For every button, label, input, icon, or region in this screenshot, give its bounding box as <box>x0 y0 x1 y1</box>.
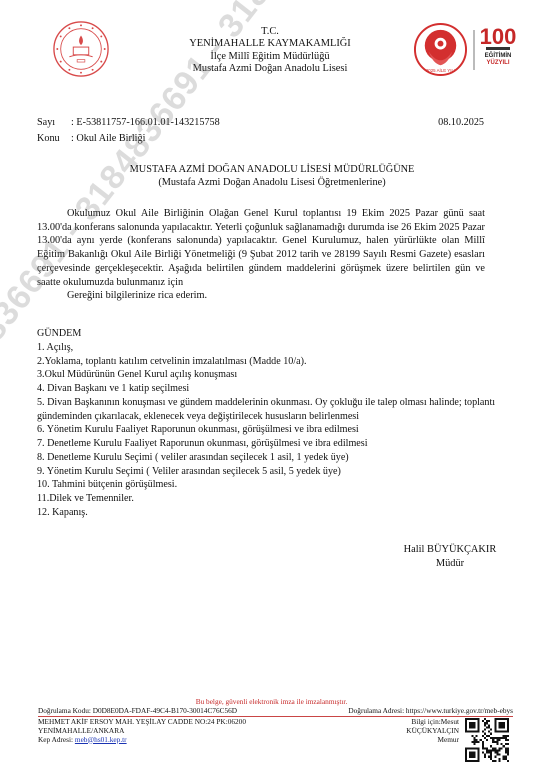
document-date: 08.10.2025 <box>438 117 484 128</box>
aile-yili-caption: 2025 AİLE YILI <box>426 67 455 73</box>
logo-100-number: 100 <box>480 24 517 49</box>
agenda: GÜNDEM 1. Açılış,2.Yoklama, toplantı kat… <box>37 327 497 520</box>
addressee: MUSTAFA AZMİ DOĞAN ANADOLU LİSESİ MÜDÜRL… <box>60 164 484 189</box>
agenda-item: 8. Denetleme Kurulu Seçimi ( veliler ara… <box>37 451 497 465</box>
agenda-item: 11.Dilek ve Temenniler. <box>37 492 497 506</box>
agenda-item: 10. Tahmini bütçenin görüşülmesi. <box>37 478 497 492</box>
agenda-item: 7. Denetleme Kurulu Faaliyet Raporunun o… <box>37 437 497 451</box>
agenda-title: GÜNDEM <box>37 327 497 341</box>
logo-100-yuzyili: YÜZYILI <box>486 59 509 66</box>
sayi-row: Sayı: E-53811757-166.01.01-143215758 <box>37 117 220 128</box>
header-school: Mustafa Azmi Doğan Anadolu Lisesi <box>120 63 420 75</box>
sayi-value: : E-53811757-166.01.01-143215758 <box>71 117 220 128</box>
sayi-label: Sayı <box>37 117 71 128</box>
verification-code: Doğrulama Kodu: D0D8E0DA-FDAF-49C4-B170-… <box>38 706 237 715</box>
address-block: MEHMET AKİF ERSOY MAH. YEŞİLAY CADDE NO:… <box>38 718 246 744</box>
signer-name: Halil BÜYÜKÇAKIR <box>395 543 505 557</box>
meb-emblem-icon <box>52 20 110 78</box>
document-page: T.C. YENİMAHALLE KAYMAKAMLIĞI İlçe Millî… <box>0 0 543 768</box>
agenda-list: 1. Açılış,2.Yoklama, toplantı katılım ce… <box>37 341 497 520</box>
header-mudurluk: İlçe Millî Eğitim Müdürlüğü <box>120 51 420 63</box>
agenda-item: 9. Yönetim Kurulu Seçimi ( Veliler arası… <box>37 465 497 479</box>
qr-code-icon <box>465 718 509 762</box>
agenda-item: 2.Yoklama, toplantı katılım cetvelinin i… <box>37 355 497 369</box>
letter-body: Okulumuz Okul Aile Birliğinin Olağan Gen… <box>37 207 485 303</box>
header-tc: T.C. <box>120 26 420 38</box>
signer-title: Müdür <box>395 557 505 571</box>
agenda-item: 5. Divan Başkanının konuşması ve gündem … <box>37 396 497 424</box>
body-paragraph: Okulumuz Okul Aile Birliğinin Olağan Gen… <box>37 207 485 289</box>
konu-row: Konu: Okul Aile Birliği <box>37 133 145 144</box>
aile-yili-2025-icon: 2025 AİLE YILI <box>413 22 468 77</box>
signature-block: Halil BÜYÜKÇAKIR Müdür <box>395 543 505 570</box>
egitimin-yuzyili-100-icon: 100 EĞİTİMİN YÜZYILI <box>472 20 522 76</box>
contact-info: Bilgi için:Mesut KÜÇÜKYALÇIN Memur <box>406 718 459 744</box>
logo-100-egitimin: EĞİTİMİN <box>485 51 512 59</box>
agenda-item: 1. Açılış, <box>37 341 497 355</box>
kep-link[interactable]: meb@hs01.kep.tr <box>75 735 127 744</box>
verification-address: Doğrulama Adresi: https://www.turkiye.go… <box>348 706 513 715</box>
body-closing: Gereğini bilgilerinize rica ederim. <box>37 289 485 303</box>
contact-line-3: Memur <box>406 736 459 745</box>
addressee-main: MUSTAFA AZMİ DOĞAN ANADOLU LİSESİ MÜDÜRL… <box>60 164 484 177</box>
agenda-item: 6. Yönetim Kurulu Faaliyet Raporunun oku… <box>37 423 497 437</box>
konu-label: Konu <box>37 133 71 144</box>
agenda-item: 4. Divan Başkanı ve 1 katip seçilmesi <box>37 382 497 396</box>
header-kaymakamlik: YENİMAHALLE KAYMAKAMLIĞI <box>120 38 420 50</box>
agenda-item: 12. Kapanış. <box>37 506 497 520</box>
agenda-item: 3.Okul Müdürünün Genel Kurul açılış konu… <box>37 368 497 382</box>
esign-notice: Bu belge, güvenli elektronik imza ile im… <box>0 697 543 706</box>
kep-row: Kep Adresi: meb@hs01.kep.tr <box>38 736 246 745</box>
kep-label: Kep Adresi: <box>38 735 75 744</box>
letterhead: T.C. YENİMAHALLE KAYMAKAMLIĞI İlçe Millî… <box>120 26 420 76</box>
addressee-sub: (Mustafa Azmi Doğan Anadolu Lisesi Öğret… <box>60 177 484 190</box>
konu-value: : Okul Aile Birliği <box>71 133 145 144</box>
